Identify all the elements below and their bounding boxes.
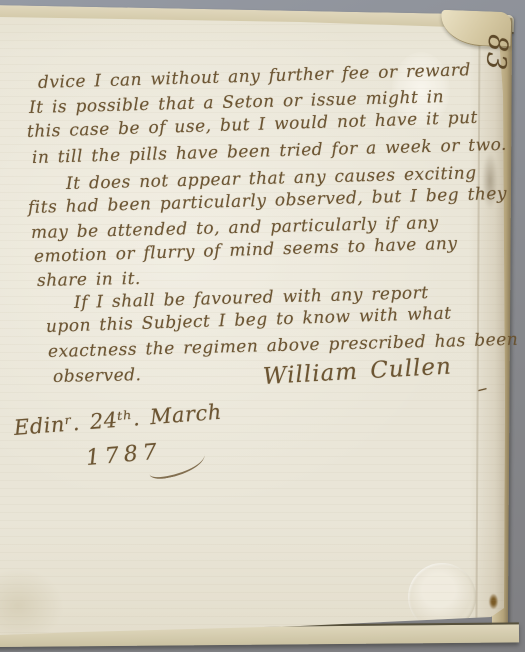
embossed-seal-mark [408,563,476,631]
letter-line: observed. [53,365,142,387]
letter-line: share in it. [37,269,141,291]
brown-spot [489,594,498,609]
paper-stain-bottom-left [0,568,64,644]
folio-number: 83 [465,15,515,89]
manuscript-letter-photo: 83 dvice I can without any further fee o… [0,0,525,652]
